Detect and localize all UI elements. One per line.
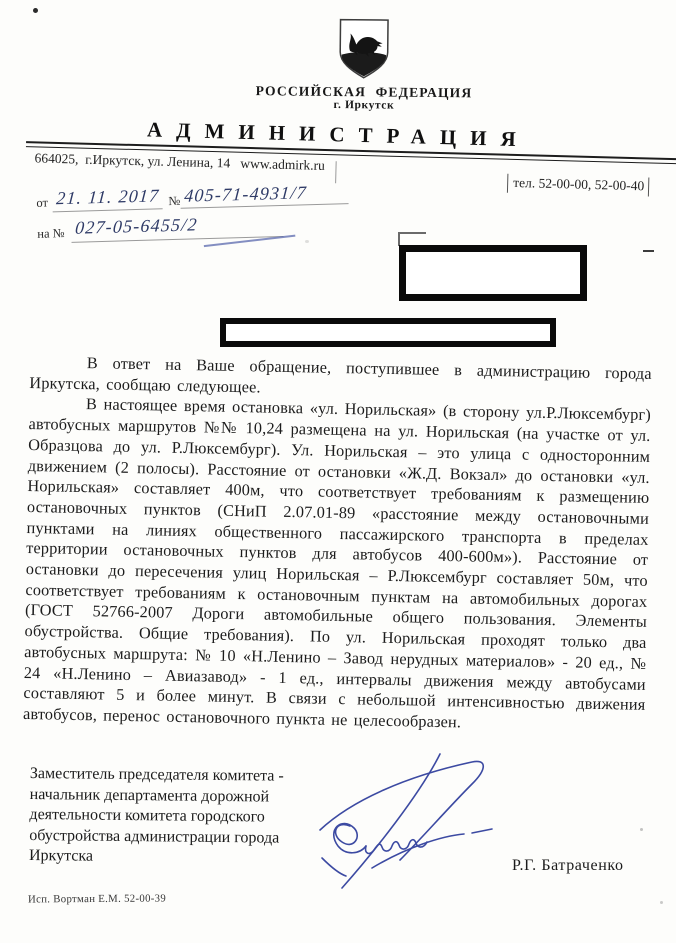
number-label: №: [168, 194, 180, 209]
handwritten-date: 21. 11. 2017: [56, 185, 161, 209]
redaction-box-addressee: [399, 245, 587, 301]
corner-mark: [398, 232, 426, 234]
scanned-letter-page: РОССИЙСКАЯ ФЕДЕРАЦИЯ г. Иркутск АДМИНИСТ…: [0, 0, 676, 943]
executor-line: Исп. Вортман Е.М. 52-00-39: [28, 893, 166, 906]
handwritten-outgoing-number: 405-71-4931/7: [183, 182, 307, 206]
handwritten-signature: [312, 748, 497, 898]
phone-line: тел. 52-00-00, 52-00-40: [507, 174, 650, 197]
handwritten-incoming-number: 027-05-6455/2: [74, 214, 198, 238]
signer-name: Р.Г. Батраченко: [512, 857, 624, 875]
reference-numbers-block: от 21. 11. 2017 № 405-71-4931/7 на № 027…: [30, 178, 392, 258]
reply-label: на №: [37, 226, 65, 242]
scan-speck: [640, 828, 643, 831]
address-line: 664025, г.Иркутск, ул. Ленина, 14 www.ad…: [34, 150, 325, 174]
pen-dash-mark: [643, 250, 654, 252]
redaction-box-subject: [220, 318, 556, 347]
letter-body: В ответ на Ваше обращение, поступившее в…: [23, 352, 652, 737]
scan-speck: [660, 901, 663, 904]
body-paragraph: В настоящее время остановка «ул. Норильс…: [23, 393, 651, 736]
corner-mark: [398, 232, 400, 246]
from-label: от: [36, 196, 48, 211]
